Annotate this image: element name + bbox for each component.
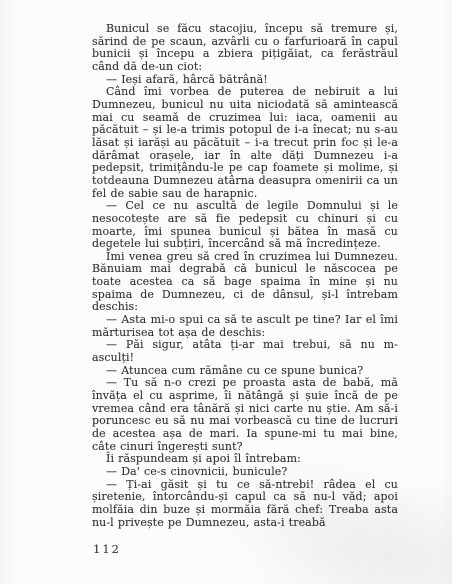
paragraph-dialogue: — Asta mi-o spui ca să te ascult pe tine… [92,314,398,339]
paragraph-narration: Când îmi vorbea de puterea de nebiruit a… [92,86,398,200]
paragraph-dialogue: — Da' ce-s cinovnicii, bunicule? [92,466,398,479]
paragraph-dialogue: — Ți-ai găsit și tu ce să-ntrebi! râdea … [92,479,398,530]
text-block: Bunicul se făcu stacojiu, începu să trem… [92,23,398,529]
paragraph-dialogue: — Tu să n-o crezi pe proasta asta de bab… [92,377,398,453]
paragraph-narration: Îmi venea greu să cred în cruzimea lui D… [92,251,398,314]
paragraph-dialogue: — Cel ce nu ascultă de legile Domnului ș… [92,200,398,251]
paragraph-dialogue: — Păi sigur, atâta ți-ar mai trebui, să … [92,339,398,364]
paragraph-narration: Bunicul se făcu stacojiu, începu să trem… [92,23,398,74]
page-number: 112 [93,542,121,556]
